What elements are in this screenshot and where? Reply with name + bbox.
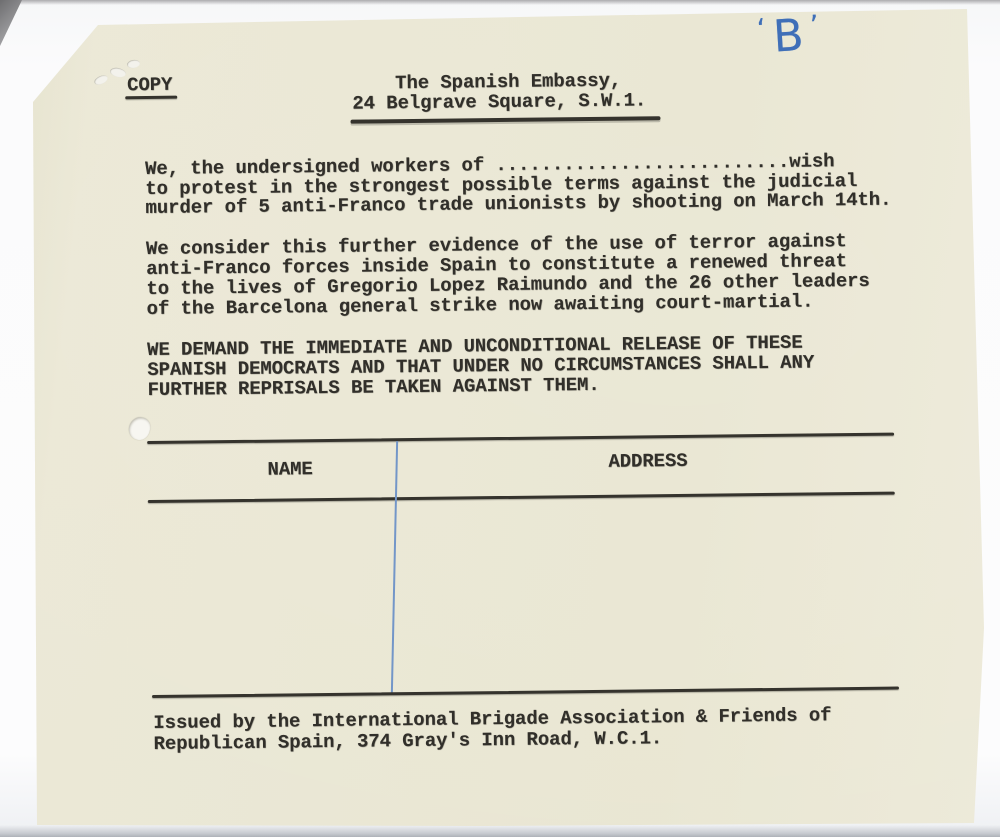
signature-table-bottom-rule [152,687,899,698]
annotation-close-quote: ’ [809,9,820,43]
annotation-letter: B [772,10,805,63]
letterhead-line-2: 24 Belgrave Square, S.W.1. [352,90,646,113]
signature-table-header-rule [148,492,895,503]
copy-underline [125,96,177,100]
signature-table-top-rule [147,433,894,444]
name-column-header: NAME [267,459,312,480]
paragraph-3-line-3: FURTHER REPRISALS BE TAKEN AGAINST THEM. [147,375,599,400]
annotation-open-quote: ‘ [756,12,767,46]
scanned-document: ‘B’ COPY The Spanish Embassy, 24 Belgrav… [0,0,1000,837]
letterhead-underline [350,116,660,124]
footer-line-2: Republican Spain, 374 Gray's Inn Road, W… [153,728,662,754]
address-column-header: ADDRESS [608,451,687,472]
document-content: ‘B’ COPY The Spanish Embassy, 24 Belgrav… [0,0,1000,837]
signature-table-column-divider [391,441,398,693]
handwritten-annotation: ‘B’ [756,11,821,68]
copy-label: COPY [127,75,172,96]
